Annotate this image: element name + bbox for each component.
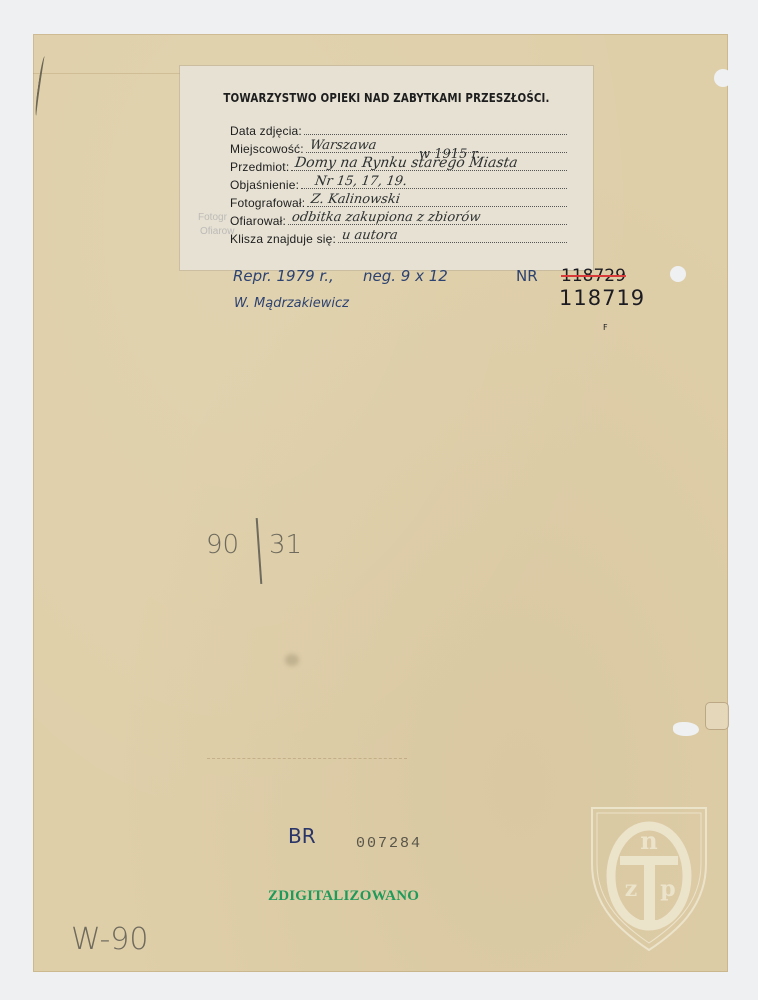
punch-hole xyxy=(670,266,686,282)
field-value: Z. Kalinowski xyxy=(310,192,401,207)
dotted-line: odbitka zakupiona z zbiorów xyxy=(288,224,567,225)
field-label: Klisza znajduje się: xyxy=(230,232,336,246)
pencil-ref-right: 31 xyxy=(269,530,302,560)
donor-year-note: w 1915 r. xyxy=(419,147,480,162)
field-date: Data zdjęcia: xyxy=(230,122,567,138)
field-value: u autora xyxy=(341,228,399,243)
pencil-mark xyxy=(34,56,47,116)
field-label: Ofiarował: xyxy=(230,214,286,228)
paper-damage-patch xyxy=(705,702,729,730)
field-value: Nr 15, 17, 19. xyxy=(314,174,408,189)
bottom-left-code: W-90 xyxy=(71,922,148,957)
pencil-ref-left: 90 xyxy=(206,530,239,560)
digitized-stamp: ZDIGITALIZOWANO xyxy=(268,888,419,905)
dotted-line: Domy na Rynku starego Miasta xyxy=(291,170,567,171)
archive-card-sheet: TOWARZYSTWO OPIEKI NAD ZABYTKAMI PRZESZŁ… xyxy=(33,34,728,972)
author-signature: W. Mądrzakiewicz xyxy=(234,296,349,311)
catalogue-number: 118719 xyxy=(559,286,645,310)
edge-notch xyxy=(714,69,732,87)
svg-text:z: z xyxy=(625,876,638,902)
field-label: Data zdjęcia: xyxy=(230,124,302,138)
svg-text:p: p xyxy=(660,876,675,902)
dotted-line: u autora xyxy=(338,242,567,243)
br-mark: BR xyxy=(288,824,316,848)
field-value: Domy na Rynku starego Miasta xyxy=(294,155,519,171)
dotted-line: Z. Kalinowski xyxy=(307,206,567,207)
label-card: TOWARZYSTWO OPIEKI NAD ZABYTKAMI PRZESZŁ… xyxy=(180,66,593,270)
dotted-line: Nr 15, 17, 19. xyxy=(301,188,567,189)
field-explanation: Objaśnienie: Nr 15, 17, 19. xyxy=(230,176,567,192)
field-label: Przedmiot: xyxy=(230,160,289,174)
field-place: Miejscowość: Warszawa xyxy=(230,140,567,156)
field-label: Objaśnienie: xyxy=(230,178,299,192)
card-title: TOWARZYSTWO OPIEKI NAD ZABYTKAMI PRZESZŁ… xyxy=(217,90,556,105)
struck-number: 118729 xyxy=(561,266,626,286)
field-value: Warszawa xyxy=(309,138,377,153)
tonzp-emblem-icon: n z p xyxy=(588,804,710,954)
field-value: odbitka zakupiona z zbiorów xyxy=(291,210,481,225)
ghost-text: Fotogr xyxy=(198,212,227,223)
field-subject: Przedmiot: Domy na Rynku starego Miasta xyxy=(230,158,567,174)
negative-size: neg. 9 x 12 xyxy=(363,267,448,285)
field-donor: Ofiarował: odbitka zakupiona z zbiorów xyxy=(230,212,567,228)
catalogue-suffix: F xyxy=(603,323,608,332)
nr-label: NR xyxy=(516,267,538,285)
field-label: Miejscowość: xyxy=(230,142,304,156)
field-photographer: Fotografował: Z. Kalinowski xyxy=(230,194,567,210)
fold-line xyxy=(33,73,183,74)
pencil-divider xyxy=(256,518,262,584)
stain xyxy=(285,654,299,666)
svg-text:n: n xyxy=(640,826,657,855)
faint-dashed-line xyxy=(207,758,407,759)
field-label: Fotografował: xyxy=(230,196,305,210)
dotted-line xyxy=(304,134,567,135)
torn-hole xyxy=(673,722,699,736)
field-negative-location: Klisza znajduje się: u autora xyxy=(230,230,567,246)
repro-note: Repr. 1979 r., xyxy=(233,267,334,285)
inventory-number: 007284 xyxy=(356,835,422,852)
